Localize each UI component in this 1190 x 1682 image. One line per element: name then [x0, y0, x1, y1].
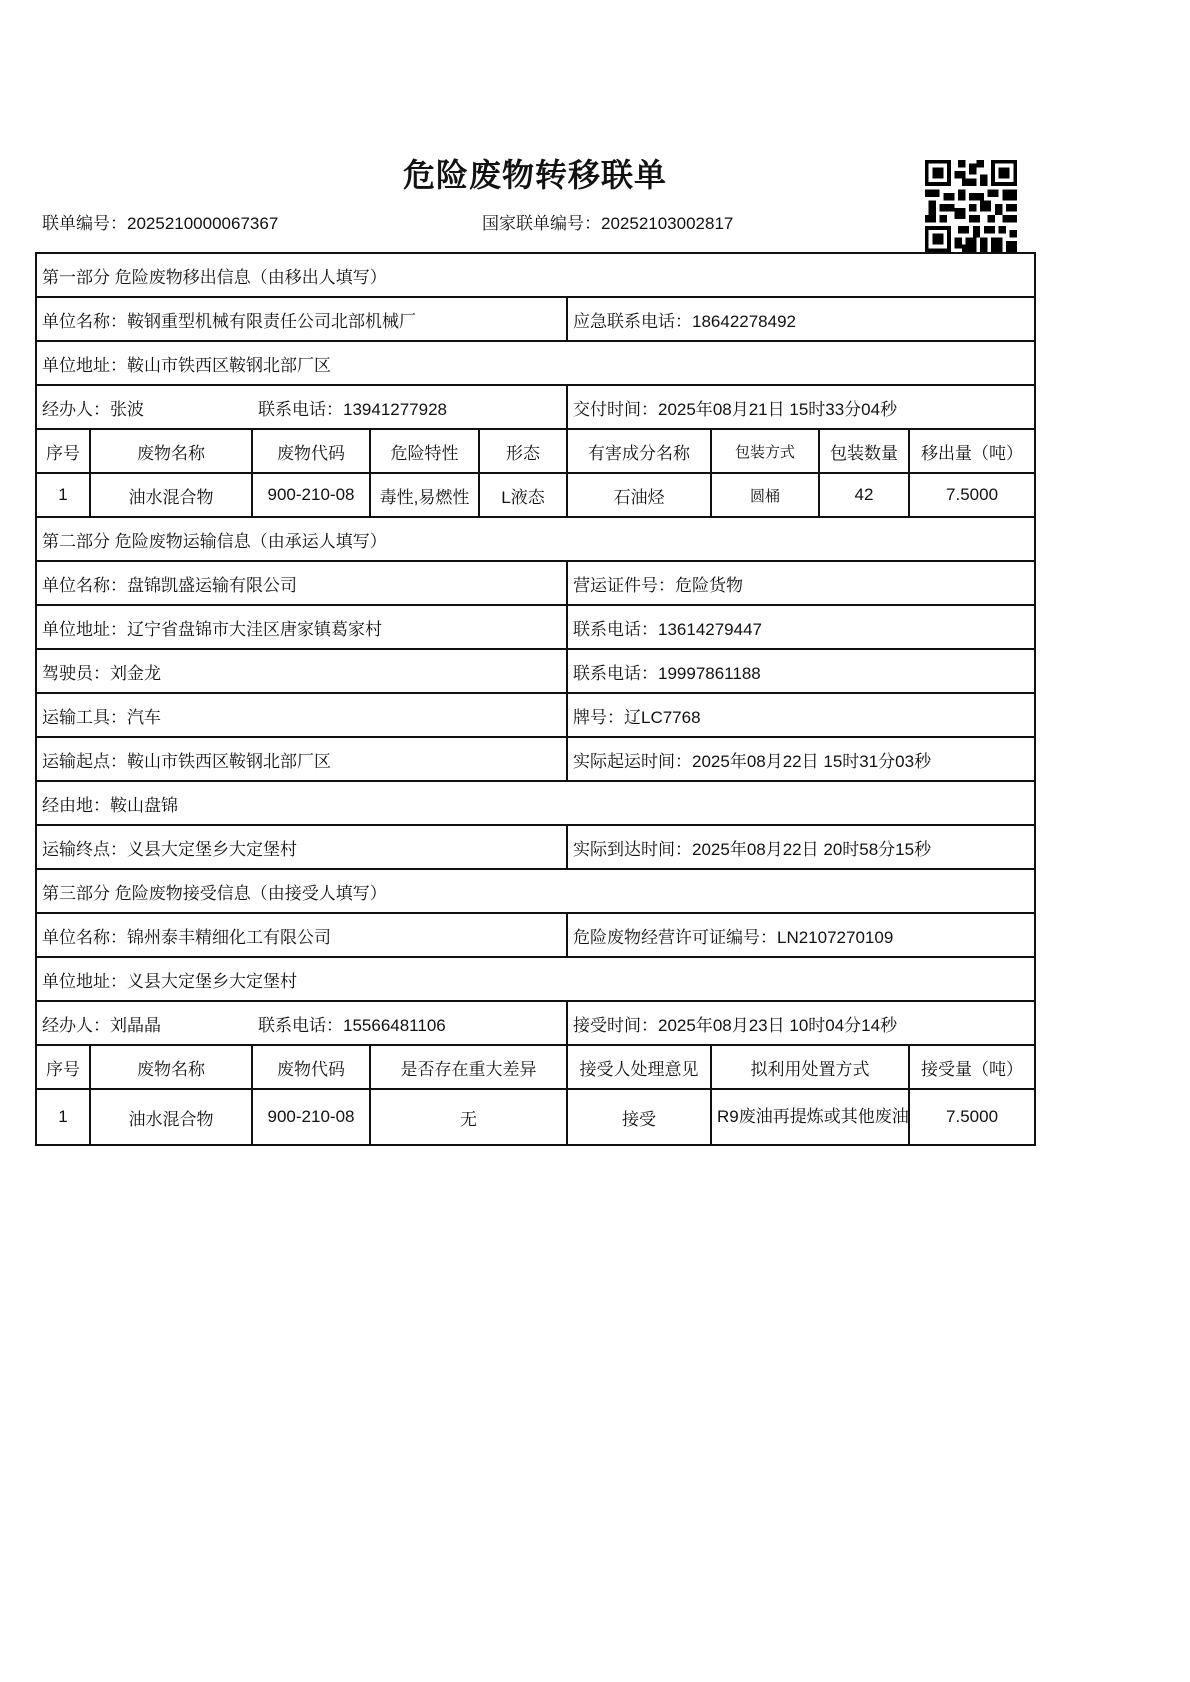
col-header-seq: 序号	[36, 429, 90, 473]
part2-via-row: 经由地：鞍山盘锦	[36, 781, 1035, 825]
col-header-hazard: 危险特性	[370, 429, 479, 473]
col-header-packaging: 包装方式	[711, 429, 819, 473]
part1-unit-row: 单位名称：鞍钢重型机械有限责任公司北部机械厂 应急联系电话：1864227849…	[36, 297, 1035, 341]
part2-driver: 驾驶员：刘金龙	[36, 649, 567, 693]
cell-hazard: 毒性,易燃性	[370, 473, 479, 517]
part3-address-row: 单位地址：义县大定堡乡大定堡村	[36, 957, 1035, 1001]
part2-license: 营运证件号：危险货物	[567, 561, 1035, 605]
cell-receiver-opinion: 接受	[567, 1089, 711, 1145]
part3-heading-row: 第三部分 危险废物接受信息（由接受人填写）	[36, 869, 1035, 913]
cell-out-quantity: 7.5000	[909, 473, 1035, 517]
cell-packaging: 圆桶	[711, 473, 819, 517]
manifest-form: 第一部分 危险废物移出信息（由移出人填写） 单位名称：鞍钢重型机械有限责任公司北…	[35, 252, 1036, 1146]
part2-unit-address: 单位地址：辽宁省盘锦市大洼区唐家镇葛家村	[36, 605, 567, 649]
col-header-waste-name: 废物名称	[90, 429, 252, 473]
col-header-out-quantity: 移出量（吨）	[909, 429, 1035, 473]
part2-origin-row: 运输起点：鞍山市铁西区鞍钢北部厂区 实际起运时间：2025年08月22日 15时…	[36, 737, 1035, 781]
part3-heading: 第三部分 危险废物接受信息（由接受人填写）	[36, 869, 1035, 913]
part2-departure-time: 实际起运时间：2025年08月22日 15时31分03秒	[567, 737, 1035, 781]
part2-via: 经由地：鞍山盘锦	[36, 781, 1035, 825]
col-header-harmful-component: 有害成分名称	[567, 429, 711, 473]
cell-received-quantity: 7.5000	[909, 1089, 1035, 1145]
part3-receive-time: 接受时间：2025年08月23日 10时04分14秒	[567, 1001, 1035, 1045]
part2-vehicle-row: 运输工具：汽车 牌号：辽LC7768	[36, 693, 1035, 737]
cell-waste-code: 900-210-08	[252, 473, 370, 517]
cell-seq: 1	[36, 1089, 90, 1145]
part1-handler: 经办人：张波	[42, 395, 258, 420]
part1-delivery-time: 交付时间：2025年08月21日 15时33分04秒	[567, 385, 1035, 429]
part2-heading: 第二部分 危险废物运输信息（由承运人填写）	[36, 517, 1035, 561]
col-header-received-quantity: 接受量（吨）	[909, 1045, 1035, 1089]
col-header-seq: 序号	[36, 1045, 90, 1089]
cell-harmful-component: 石油烃	[567, 473, 711, 517]
part1-handler-row: 经办人：张波联系电话：13941277928 交付时间：2025年08月21日 …	[36, 385, 1035, 429]
col-header-receiver-opinion: 接受人处理意见	[567, 1045, 711, 1089]
part1-address-row: 单位地址：鞍山市铁西区鞍钢北部厂区	[36, 341, 1035, 385]
part3-unit-address: 单位地址：义县大定堡乡大定堡村	[36, 957, 1035, 1001]
manifest-number: 联单编号：2025210000067367	[42, 209, 278, 234]
part2-arrival-time: 实际到达时间：2025年08月22日 20时58分15秒	[567, 825, 1035, 869]
col-header-significant-difference: 是否存在重大差异	[370, 1045, 567, 1089]
part1-unit-name: 单位名称：鞍钢重型机械有限责任公司北部机械厂	[36, 297, 567, 341]
national-number-value: 20252103002817	[601, 214, 733, 233]
part1-heading-row: 第一部分 危险废物移出信息（由移出人填写）	[36, 253, 1035, 297]
part2-plate: 牌号：辽LC7768	[567, 693, 1035, 737]
part1-emergency-phone: 应急联系电话：18642278492	[567, 297, 1035, 341]
part1-table-header-row: 序号 废物名称 废物代码 危险特性 形态 有害成分名称 包装方式 包装数量 移出…	[36, 429, 1035, 473]
part2-driver-phone: 联系电话：19997861188	[567, 649, 1035, 693]
document-title: 危险废物转移联单	[0, 150, 1070, 196]
cell-seq: 1	[36, 473, 90, 517]
cell-package-count: 42	[819, 473, 909, 517]
col-header-form: 形态	[479, 429, 567, 473]
part2-destination: 运输终点：义县大定堡乡大定堡村	[36, 825, 567, 869]
qr-code-icon	[924, 160, 1018, 252]
part2-vehicle: 运输工具：汽车	[36, 693, 567, 737]
part2-heading-row: 第二部分 危险废物运输信息（由承运人填写）	[36, 517, 1035, 561]
part3-handler-row: 经办人：刘晶晶联系电话：15566481106 接受时间：2025年08月23日…	[36, 1001, 1035, 1045]
part1-handler-phone: 联系电话：13941277928	[258, 400, 447, 419]
part2-unit-row: 单位名称：盘锦凯盛运输有限公司 营运证件号：危险货物	[36, 561, 1035, 605]
col-header-disposal-method: 拟利用处置方式	[711, 1045, 909, 1089]
col-header-package-count: 包装数量	[819, 429, 909, 473]
part3-permit: 危险废物经营许可证编号：LN2107270109	[567, 913, 1035, 957]
part1-handler-cell: 经办人：张波联系电话：13941277928	[36, 385, 567, 429]
part3-unit-row: 单位名称：锦州泰丰精细化工有限公司 危险废物经营许可证编号：LN21072701…	[36, 913, 1035, 957]
manifest-number-label: 联单编号：	[42, 214, 127, 233]
cell-form: L液态	[479, 473, 567, 517]
cell-waste-code: 900-210-08	[252, 1089, 370, 1145]
part1-unit-address: 单位地址：鞍山市铁西区鞍钢北部厂区	[36, 341, 1035, 385]
part3-handler-cell: 经办人：刘晶晶联系电话：15566481106	[36, 1001, 567, 1045]
part2-destination-row: 运输终点：义县大定堡乡大定堡村 实际到达时间：2025年08月22日 20时58…	[36, 825, 1035, 869]
cell-waste-name: 油水混合物	[90, 1089, 252, 1145]
part2-unit-name: 单位名称：盘锦凯盛运输有限公司	[36, 561, 567, 605]
part3-unit-name: 单位名称：锦州泰丰精细化工有限公司	[36, 913, 567, 957]
cell-significant-difference: 无	[370, 1089, 567, 1145]
part2-unit-phone: 联系电话：13614279447	[567, 605, 1035, 649]
part3-handler-phone: 联系电话：15566481106	[258, 1016, 446, 1035]
col-header-waste-code: 废物代码	[252, 1045, 370, 1089]
part2-origin: 运输起点：鞍山市铁西区鞍钢北部厂区	[36, 737, 567, 781]
part1-heading: 第一部分 危险废物移出信息（由移出人填写）	[36, 253, 1035, 297]
part3-table-header-row: 序号 废物名称 废物代码 是否存在重大差异 接受人处理意见 拟利用处置方式 接受…	[36, 1045, 1035, 1089]
table-row: 1 油水混合物 900-210-08 毒性,易燃性 L液态 石油烃 圆桶 42 …	[36, 473, 1035, 517]
part2-address-row: 单位地址：辽宁省盘锦市大洼区唐家镇葛家村 联系电话：13614279447	[36, 605, 1035, 649]
manifest-number-value: 2025210000067367	[127, 214, 278, 233]
national-number-label: 国家联单编号：	[482, 214, 601, 233]
cell-waste-name: 油水混合物	[90, 473, 252, 517]
col-header-waste-name: 废物名称	[90, 1045, 252, 1089]
part3-handler: 经办人：刘晶晶	[42, 1011, 258, 1036]
col-header-waste-code: 废物代码	[252, 429, 370, 473]
cell-disposal-method: R9废油再提炼或其他废油的再利用	[711, 1089, 909, 1145]
part2-driver-row: 驾驶员：刘金龙 联系电话：19997861188	[36, 649, 1035, 693]
table-row: 1 油水混合物 900-210-08 无 接受 R9废油再提炼或其他废油的再利用…	[36, 1089, 1035, 1145]
national-manifest-number: 国家联单编号：20252103002817	[482, 209, 733, 234]
